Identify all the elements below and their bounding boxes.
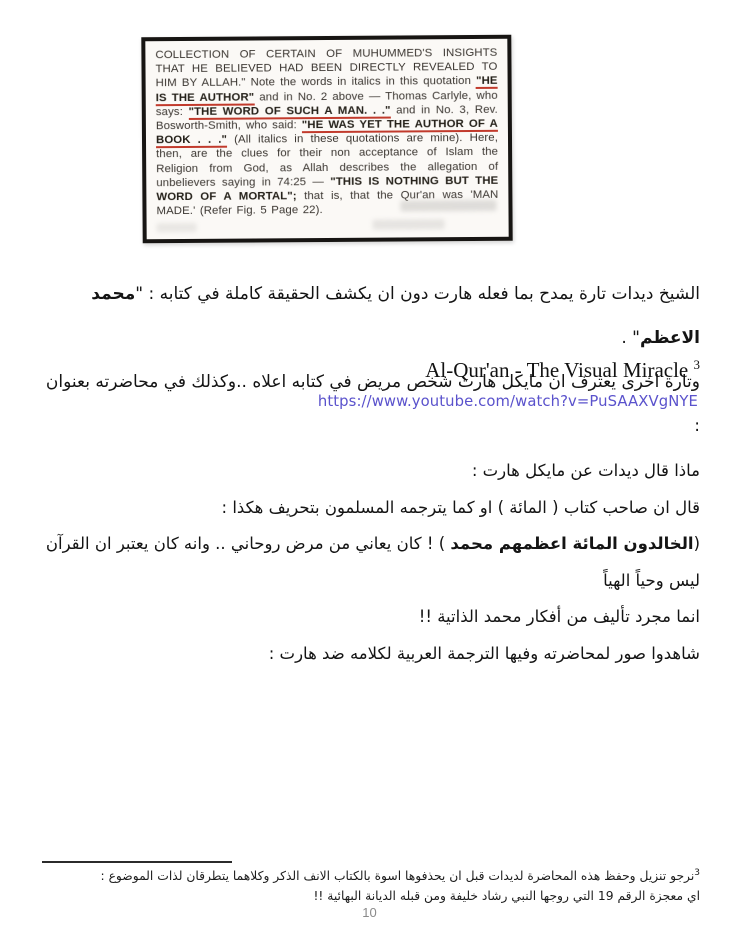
footnote-line1-text: نرجو تنزيل وحفظ هذه المحاضرة لديدات قبل … xyxy=(101,869,695,883)
book-scan: COLLECTION OF CERTAIN OF MUHUMMED'S INSI… xyxy=(141,35,512,244)
para2-line1: ماذا قال ديدات عن مايكل هارت : xyxy=(40,453,700,490)
para1-line1: الشيخ ديدات تارة يمدح بما فعله هارت دون … xyxy=(40,272,700,360)
para2-line5: شاهدوا صور لمحاضرته وفيها الترجمة العربي… xyxy=(40,636,700,673)
para2-line2: قال ان صاحب كتاب ( المائة ) او كما يترجم… xyxy=(40,490,700,527)
footnote-line1: 3نرجو تنزيل وحفظ هذه المحاضرة لديدات قبل… xyxy=(55,866,700,886)
para2-line3: (الخالدون المائة اعظمهم محمد ) ! كان يعا… xyxy=(40,526,700,599)
scan-blur-artifact xyxy=(373,219,445,230)
video-title: Al-Qur'an - The Visual Miracle 3 xyxy=(40,357,700,384)
paragraph-hart-commentary: ماذا قال ديدات عن مايكل هارت : قال ان صا… xyxy=(40,453,700,672)
footnote-block: 3نرجو تنزيل وحفظ هذه المحاضرة لديدات قبل… xyxy=(55,866,700,906)
book-scan-text: COLLECTION OF CERTAIN OF MUHUMMED'S INSI… xyxy=(155,46,498,219)
document-page: COLLECTION OF CERTAIN OF MUHUMMED'S INSI… xyxy=(0,0,739,945)
footnote-line2: اي معجزة الرقم 19 التي روجها النبي رشاد … xyxy=(55,886,700,906)
scan-blur-artifact xyxy=(400,200,496,212)
footnote-separator xyxy=(42,861,232,863)
video-link-row: https://www.youtube.com/watch?v=PuSAAXVg… xyxy=(40,391,698,410)
para2-line4: انما مجرد تأليف من أفكار محمد الذاتية !! xyxy=(40,599,700,636)
page-number: 10 xyxy=(0,905,739,920)
youtube-link[interactable]: https://www.youtube.com/watch?v=PuSAAXVg… xyxy=(318,393,698,410)
scan-blur-artifact xyxy=(157,223,197,232)
footnote-ref-marker: 3 xyxy=(694,357,701,372)
footnote-ref: 3 xyxy=(694,868,700,878)
video-title-text: Al-Qur'an - The Visual Miracle xyxy=(425,358,688,382)
